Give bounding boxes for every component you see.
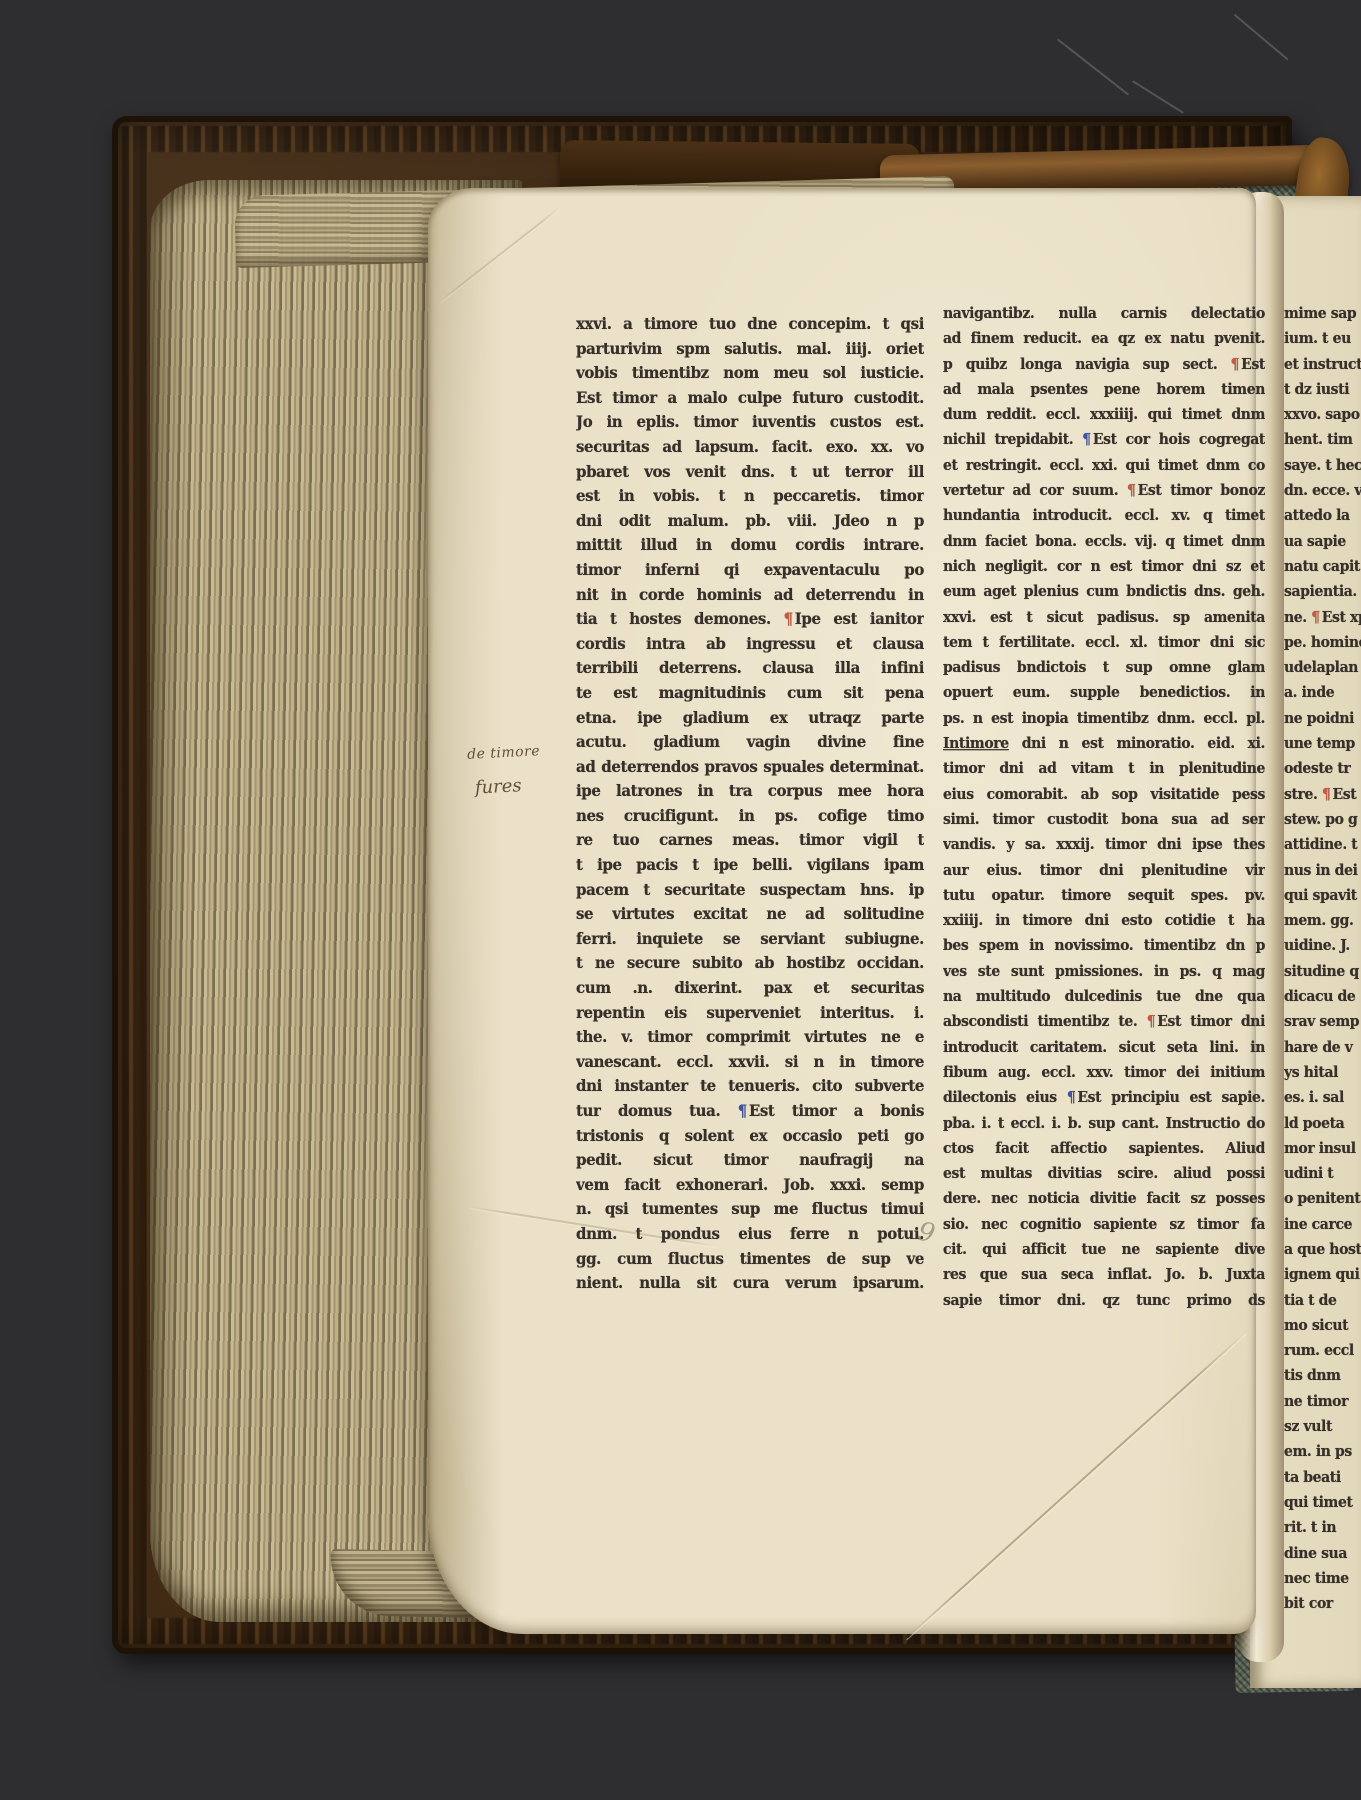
manuscript-text-line: dum reddit. eccl. xxxiiij. qui timet dnm [943, 403, 1265, 429]
red-paraph-mark: ¶ [1231, 356, 1242, 373]
red-paraph-mark: ¶ [1322, 786, 1333, 803]
manuscript-text-line: cordis intra ab ingressu et clausa [576, 631, 924, 657]
manuscript-text-line: rum. eccl [1284, 1339, 1361, 1365]
manuscript-text-line: Est timor a malo culpe futuro custodit. [576, 385, 924, 411]
manuscript-text-line: est multas divitias scire. aliud possi [943, 1162, 1265, 1188]
manuscript-text-line: udelaplan [1284, 656, 1361, 682]
background-scratch [1132, 80, 1184, 113]
manuscript-text-line: ctos facit affectio sapientes. Aliud [943, 1136, 1265, 1162]
manuscript-text-line: eius comorabit. ab sop visitatide pess [943, 782, 1265, 808]
manuscript-text-line: ld poeta [1284, 1111, 1361, 1137]
manuscript-text-line: aur eius. timor dni plenitudine vir [943, 858, 1265, 884]
manuscript-text-line: na multitudo dulcedinis tue dne qua [943, 985, 1265, 1011]
manuscript-text-line: t ne secure subito ab hostibz occidan. [576, 951, 924, 977]
manuscript-text-line: te est magnitudinis cum sit pena [576, 680, 924, 706]
manuscript-text-line: hundantia introducit. eccl. xv. q timet [943, 504, 1265, 530]
manuscript-text-line: dni odit malum. pb. viii. Jdeo n p [576, 508, 924, 534]
manuscript-text-line: qui spavit [1284, 883, 1361, 909]
manuscript-text-line: ad finem reducit. ea qz ex natu pvenit. [943, 327, 1265, 353]
manuscript-text-line: xxvi. a timore tuo dne concepim. t qsi [576, 312, 924, 338]
manuscript-text-line: padisus bndictois t sup omne glam [943, 656, 1265, 682]
manuscript-text-line: ne. ¶Est xpo [1284, 605, 1361, 631]
manuscript-text-line: tem t fertilitate. eccl. xl. timor dni s… [943, 630, 1265, 656]
manuscript-text-line: qui timet [1284, 1490, 1361, 1516]
manuscript-text-line: bes spem in novissimo. timentibz dn p [943, 934, 1265, 960]
margin-annotation-line: de timore [466, 734, 541, 772]
manuscript-text-line: vandis. y sa. xxxij. timor dni ipse thes [943, 833, 1265, 859]
manuscript-text-line: xxvi. est t sicut padisus. sp amenita [943, 605, 1265, 631]
manuscript-text-line: pacem t securitate suspectam hns. ip [576, 877, 924, 903]
manuscript-text-line: a que host [1284, 1237, 1361, 1263]
manuscript-text-line: sz vult [1284, 1415, 1361, 1441]
manuscript-text-line: ad mala psentes pene horem timen [943, 377, 1265, 403]
manuscript-text-line: nus in dei [1284, 858, 1361, 884]
manuscript-text-line: ne poidni [1284, 706, 1361, 732]
manuscript-text-line: timor inferni qi expaventaculu po [576, 557, 924, 583]
background-scratch [1057, 39, 1129, 96]
manuscript-text-line: ferri. inquiete se serviant subiugne. [576, 926, 924, 952]
manuscript-text-line: opuert eum. supple benedictios. in [943, 681, 1265, 707]
manuscript-text-line: uidine. J. [1284, 934, 1361, 960]
manuscript-text-line: hent. tim [1284, 428, 1361, 454]
manuscript-text-line: nich negligit. cor n est timor dni sz et [943, 554, 1265, 580]
manuscript-text-line: udini t [1284, 1162, 1361, 1188]
manuscript-text-line: o penitent [1284, 1187, 1361, 1213]
manuscript-text-line: pedit. sicut timor naufragij na [576, 1148, 924, 1174]
manuscript-text-line: mor insul [1284, 1136, 1361, 1162]
manuscript-text-line: bit cor [1284, 1592, 1361, 1618]
blue-paraph-mark: ¶ [1067, 1090, 1078, 1107]
manuscript-text-line: attedo la [1284, 504, 1361, 530]
manuscript-text-line: xxvo. sapo [1284, 403, 1361, 429]
manuscript-text-line: abscondisti timentibz te. ¶Est timor dni [943, 1010, 1265, 1036]
manuscript-text-line: dnm faciet bona. eccls. vij. q timet dnm [943, 529, 1265, 555]
blue-paraph-mark: ¶ [1082, 432, 1093, 449]
manuscript-text-line: ps. n est inopia timentibz dnm. eccl. pl… [943, 706, 1265, 732]
manuscript-text-line: sapie timor dni. qz tunc primo ds [943, 1288, 1265, 1314]
manuscript-text-line: hare de v [1284, 1035, 1361, 1061]
manuscript-text-line: dilectonis eius ¶Est principiu est sapie… [943, 1086, 1265, 1112]
blue-paraph-mark: ¶ [738, 1102, 749, 1121]
manuscript-text-line: ine carce [1284, 1212, 1361, 1238]
manuscript-text-line: situdine q [1284, 959, 1361, 985]
manuscript-text-line: pbaret vos venit dns. t ut terror ill [576, 459, 924, 485]
manuscript-text-line: ta beati [1284, 1465, 1361, 1491]
manuscript-text-line: gg. cum fluctus timentes de sup ve [576, 1246, 924, 1272]
manuscript-text-line: dnm. t pondus eius ferre n potui. [576, 1221, 924, 1247]
background-scratch [1234, 14, 1289, 61]
manuscript-text-line: saye. t hec [1284, 453, 1361, 479]
manuscript-text-line: et instructi [1284, 352, 1361, 378]
red-paraph-mark: ¶ [1147, 1014, 1158, 1031]
manuscript-text-line: repentin eis superveniet interitus. i. [576, 1000, 924, 1026]
manuscript-text-line: simi. timor custodit bona sua ad ser [943, 807, 1265, 833]
manuscript-text-line: the. v. timor comprimit virtutes ne e [576, 1025, 924, 1051]
manuscript-text-line: em. in ps [1284, 1440, 1361, 1466]
manuscript-text-line: xxiiij. in timore dni esto cotidie t ha [943, 909, 1265, 935]
manuscript-text-line: Intimore dni n est minoratio. eid. xi. [943, 732, 1265, 758]
manuscript-text-line: Jo in eplis. timor iuventis custos est. [576, 410, 924, 436]
manuscript-text-line: re tuo carnes meas. timor vigil t [576, 828, 924, 854]
right-text-column: navigantibz. nulla carnis delectatioad f… [943, 302, 1265, 1314]
manuscript-text-line: fibum aug. eccl. xxv. timor dei initium [943, 1060, 1265, 1086]
manuscript-text-line: une temp [1284, 732, 1361, 758]
manuscript-text-line: vanescant. eccl. xxvii. si n in timore [576, 1049, 924, 1075]
manuscript-text-line: sapientia. l [1284, 580, 1361, 606]
manuscript-text-line: tur domus tua. ¶Est timor a bonis [576, 1099, 924, 1125]
manuscript-text-line: dine sua [1284, 1541, 1361, 1567]
manuscript-text-line: t ipe pacis t ipe belli. vigilans ipam [576, 853, 924, 879]
manuscript-text-line: ves ste sunt pmissiones. in ps. q mag [943, 959, 1265, 985]
manuscript-text-line: mo sicut [1284, 1313, 1361, 1339]
left-text-column: xxvi. a timore tuo dne concepim. t qsipa… [576, 312, 924, 1296]
margin-annotation-line: fures [474, 768, 543, 805]
margin-annotation: de timore fures [466, 734, 542, 806]
manuscript-text-line: mem. gg. [1284, 909, 1361, 935]
manuscript-text-line: etna. ipe gladium ex utraqz parte [576, 705, 924, 731]
manuscript-text-line: dni instanter te tenueris. cito subverte [576, 1074, 924, 1100]
red-paraph-mark: ¶ [1311, 609, 1322, 626]
manuscript-text-line: odeste tr [1284, 757, 1361, 783]
manuscript-text-line: nichil trepidabit. ¶Est cor hois cogrega… [943, 428, 1265, 454]
manuscript-text-line: est in vobis. t n peccaretis. timor [576, 484, 924, 510]
manuscript-text-line: navigantibz. nulla carnis delectatio [943, 301, 1265, 327]
manuscript-text-line: ys hital [1284, 1060, 1361, 1086]
manuscript-text-line: t dz iusti [1284, 377, 1361, 403]
manuscript-text-line: ium. t eu [1284, 327, 1361, 353]
manuscript-text-line: ad deterrendos pravos spuales determinat… [576, 754, 924, 780]
manuscript-text-line: vobis timentibz nom meu sol iusticie. [576, 361, 924, 387]
manuscript-text-line: dere. nec noticia divitie facit sz posse… [943, 1187, 1265, 1213]
manuscript-text-line: pe. homine [1284, 630, 1361, 656]
manuscript-text-line: securitas ad lapsum. facit. exo. xx. vo [576, 434, 924, 460]
manuscript-text-line: tutu opatur. timore sequit spes. pv. [943, 883, 1265, 909]
manuscript-text-line: acutu. gladium vagin divine fine [576, 730, 924, 756]
manuscript-text-line: cit. qui afficit tue ne sapiente dive [943, 1237, 1265, 1263]
manuscript-text-line: es. i. sal [1284, 1086, 1361, 1112]
manuscript-text-line: nec time [1284, 1566, 1361, 1592]
manuscript-text-line: n. qsi tumentes sup me fluctus timui [576, 1197, 924, 1223]
manuscript-text-line: mittit illud in domu cordis intrare. [576, 533, 924, 559]
red-paraph-mark: ¶ [1127, 483, 1138, 500]
manuscript-text-line: natu capit [1284, 554, 1361, 580]
manuscript-text-line: ipe latrones in tra corpus mee hora [576, 779, 924, 805]
manuscript-text-line: ua sapie [1284, 529, 1361, 555]
manuscript-text-line: stre. ¶Est [1284, 782, 1361, 808]
manuscript-photo-scene: de timore fures xxvi. a timore tuo dne c… [0, 0, 1361, 1800]
manuscript-text-line: attidine. t [1284, 833, 1361, 859]
manuscript-text-line: tia t de [1284, 1288, 1361, 1314]
manuscript-text-line: sio. nec cognitio sapiente sz timor fa [943, 1212, 1265, 1238]
manuscript-text-line: nes crucifigunt. in ps. cofige timo [576, 803, 924, 829]
manuscript-text-line: srav semp [1284, 1010, 1361, 1036]
manuscript-text-line: timor dni ad vitam t in plenitudine [943, 757, 1265, 783]
manuscript-text-line: mime sap [1284, 301, 1361, 327]
manuscript-text-line: tristonis q solent ex occasio peti go [576, 1123, 924, 1149]
manuscript-text-line: parturivim spm salutis. mal. iiij. oriet [576, 336, 924, 362]
manuscript-text-line: dn. ecce. v. [1284, 479, 1361, 505]
manuscript-text-line: rit. t in [1284, 1516, 1361, 1542]
manuscript-text-line: a. inde [1284, 681, 1361, 707]
manuscript-text-line: stew. po g [1284, 807, 1361, 833]
manuscript-text-line: cum .n. dixerint. pax et securitas [576, 976, 924, 1002]
manuscript-text-line: ne timor [1284, 1389, 1361, 1415]
manuscript-text-line: nient. nulla sit cura verum ipsarum. [576, 1271, 924, 1297]
red-paraph-mark: ¶ [784, 610, 795, 629]
manuscript-text-line: nit in corde hominis ad deterrendu in [576, 582, 924, 608]
manuscript-text-line: introducit caritatem. sicut seta lini. i… [943, 1035, 1265, 1061]
manuscript-text-line: pba. i. t eccl. i. b. sup cant. Instruct… [943, 1111, 1265, 1137]
manuscript-text-line: ignem qui [1284, 1263, 1361, 1289]
manuscript-text-line: vem facit exhonerari. Job. xxxi. semp [576, 1172, 924, 1198]
manuscript-text-line: et restringit. eccl. xxi. qui timet dnm … [943, 453, 1265, 479]
manuscript-text-line: tis dnm [1284, 1364, 1361, 1390]
manuscript-text-line: res que sua seca inflat. Jo. b. Juxta [943, 1263, 1265, 1289]
manuscript-text-line: terribili deterrens. clausa illa infini [576, 656, 924, 682]
next-leaf-text-column: mime sapium. t euet instructit dz iustix… [1284, 302, 1361, 1617]
manuscript-text-line: se virtutes excitat ne ad solitudine [576, 902, 924, 928]
manuscript-text-line: p quibz longa navigia sup sect. ¶Est [943, 352, 1265, 378]
manuscript-text-line: tia t hostes demones. ¶Ipe est ianitor [576, 607, 924, 633]
manuscript-text-line: eum aget plenius cum bndictis dns. geh. [943, 580, 1265, 606]
manuscript-text-line: vertetur ad cor suum. ¶Est timor bonoz [943, 479, 1265, 505]
manuscript-text-line: dicacu de [1284, 985, 1361, 1011]
